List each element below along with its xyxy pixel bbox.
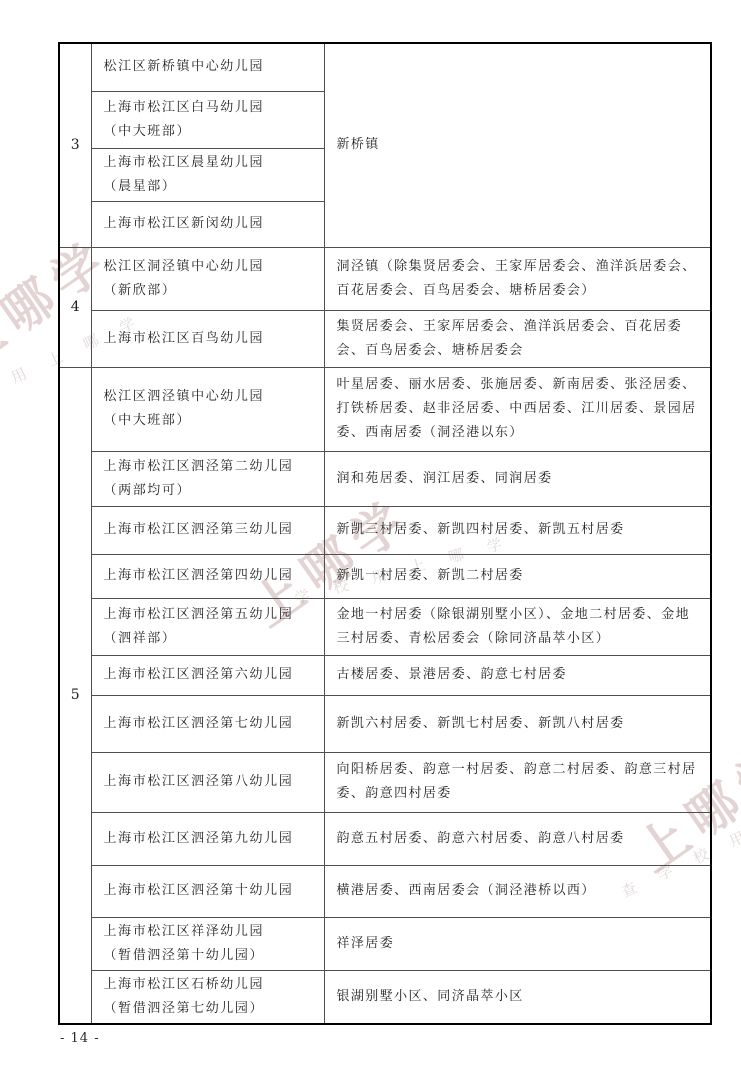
table-row: 3松江区新桥镇中心幼儿园新桥镇	[59, 43, 711, 91]
table-row: 上海市松江区泗泾第五幼儿园 （泗祥部）金地一村居委（除银湖别墅小区）、金地二村居…	[59, 598, 711, 655]
table-row: 上海市松江区泗泾第三幼儿园新凯三村居委、新凯四村居委、新凯五村居委	[59, 506, 711, 554]
kindergarten-name-cell: 上海市松江区泗泾第五幼儿园 （泗祥部）	[91, 598, 324, 655]
area-cell: 新凯六村居委、新凯七村居委、新凯八村居委	[324, 695, 711, 752]
kindergarten-name-cell: 上海市松江区泗泾第九幼儿园	[91, 812, 324, 865]
group-number-cell: 4	[59, 247, 91, 367]
table-row: 4松江区洞泾镇中心幼儿园 （新欣部）洞泾镇（除集贤居委会、王家厍居委会、渔洋浜居…	[59, 247, 711, 310]
kindergarten-name-cell: 松江区泗泾镇中心幼儿园 （中大班部）	[91, 367, 324, 451]
area-cell: 洞泾镇（除集贤居委会、王家厍居委会、渔洋浜居委会、百花居委会、百鸟居委会、塘桥居…	[324, 247, 711, 310]
area-cell: 新桥镇	[324, 43, 711, 247]
kindergarten-name-cell: 上海市松江区泗泾第七幼儿园	[91, 695, 324, 752]
kindergarten-name-cell: 上海市松江区白马幼儿园 （中大班部）	[91, 91, 324, 148]
kindergarten-name-cell: 上海市松江区晨星幼儿园 （晨星部）	[91, 148, 324, 201]
table-row: 5松江区泗泾镇中心幼儿园 （中大班部）叶星居委、丽水居委、张施居委、新南居委、张…	[59, 367, 711, 451]
table-row: 上海市松江区泗泾第四幼儿园新凯一村居委、新凯二村居委	[59, 554, 711, 598]
table-row: 上海市松江区石桥幼儿园 （暂借泗泾第七幼儿园）银湖别墅小区、同济晶萃小区	[59, 970, 711, 1024]
table-row: 上海市松江区泗泾第七幼儿园新凯六村居委、新凯七村居委、新凯八村居委	[59, 695, 711, 752]
page-number: - 14 -	[60, 1031, 100, 1046]
area-cell: 祥泽居委	[324, 917, 711, 970]
kindergarten-name-cell: 上海市松江区百鸟幼儿园	[91, 310, 324, 367]
area-cell: 古楼居委、景港居委、韵意七村居委	[324, 655, 711, 695]
kindergarten-name-cell: 上海市松江区新闵幼儿园	[91, 201, 324, 247]
kindergarten-name-cell: 上海市松江区泗泾第四幼儿园	[91, 554, 324, 598]
kindergarten-name-cell: 上海市松江区祥泽幼儿园 （暂借泗泾第十幼儿园）	[91, 917, 324, 970]
kindergarten-allocation-table: 3松江区新桥镇中心幼儿园新桥镇上海市松江区白马幼儿园 （中大班部）上海市松江区晨…	[58, 42, 712, 1025]
area-cell: 横港居委、西南居委会（洞泾港桥以西）	[324, 865, 711, 917]
kindergarten-name-cell: 上海市松江区泗泾第二幼儿园 （两部均可）	[91, 451, 324, 506]
area-cell: 新凯三村居委、新凯四村居委、新凯五村居委	[324, 506, 711, 554]
group-number-cell: 3	[59, 43, 91, 247]
table-row: 上海市松江区泗泾第八幼儿园向阳桥居委、韵意一村居委、韵意二村居委、韵意三村居委、…	[59, 752, 711, 812]
area-cell: 金地一村居委（除银湖别墅小区）、金地二村居委、金地三村居委、青松居委会（除同济晶…	[324, 598, 711, 655]
kindergarten-name-cell: 上海市松江区石桥幼儿园 （暂借泗泾第七幼儿园）	[91, 970, 324, 1024]
kindergarten-name-cell: 松江区新桥镇中心幼儿园	[91, 43, 324, 91]
area-cell: 叶星居委、丽水居委、张施居委、新南居委、张泾居委、打铁桥居委、赵非泾居委、中西居…	[324, 367, 711, 451]
area-cell: 集贤居委会、王家厍居委会、渔洋浜居委会、百花居委会、百鸟居委会、塘桥居委会	[324, 310, 711, 367]
area-cell: 新凯一村居委、新凯二村居委	[324, 554, 711, 598]
kindergarten-name-cell: 上海市松江区泗泾第三幼儿园	[91, 506, 324, 554]
kindergarten-name-cell: 上海市松江区泗泾第六幼儿园	[91, 655, 324, 695]
table-row: 上海市松江区泗泾第十幼儿园横港居委、西南居委会（洞泾港桥以西）	[59, 865, 711, 917]
area-cell: 韵意五村居委、韵意六村居委、韵意八村居委	[324, 812, 711, 865]
table-row: 上海市松江区泗泾第九幼儿园韵意五村居委、韵意六村居委、韵意八村居委	[59, 812, 711, 865]
kindergarten-name-cell: 松江区洞泾镇中心幼儿园 （新欣部）	[91, 247, 324, 310]
table-row: 上海市松江区泗泾第六幼儿园古楼居委、景港居委、韵意七村居委	[59, 655, 711, 695]
table-row: 上海市松江区祥泽幼儿园 （暂借泗泾第十幼儿园）祥泽居委	[59, 917, 711, 970]
table-row: 上海市松江区百鸟幼儿园集贤居委会、王家厍居委会、渔洋浜居委会、百花居委会、百鸟居…	[59, 310, 711, 367]
table-row: 上海市松江区泗泾第二幼儿园 （两部均可）润和苑居委、润江居委、同润居委	[59, 451, 711, 506]
document-page: 上哪学 上哪学 上哪学 用 上 哪 学 学 校 用 上 哪 学 查 学 校 用 …	[0, 0, 741, 1079]
area-cell: 润和苑居委、润江居委、同润居委	[324, 451, 711, 506]
area-cell: 银湖别墅小区、同济晶萃小区	[324, 970, 711, 1024]
kindergarten-name-cell: 上海市松江区泗泾第八幼儿园	[91, 752, 324, 812]
group-number-cell: 5	[59, 367, 91, 1024]
area-cell: 向阳桥居委、韵意一村居委、韵意二村居委、韵意三村居委、韵意四村居委	[324, 752, 711, 812]
kindergarten-name-cell: 上海市松江区泗泾第十幼儿园	[91, 865, 324, 917]
